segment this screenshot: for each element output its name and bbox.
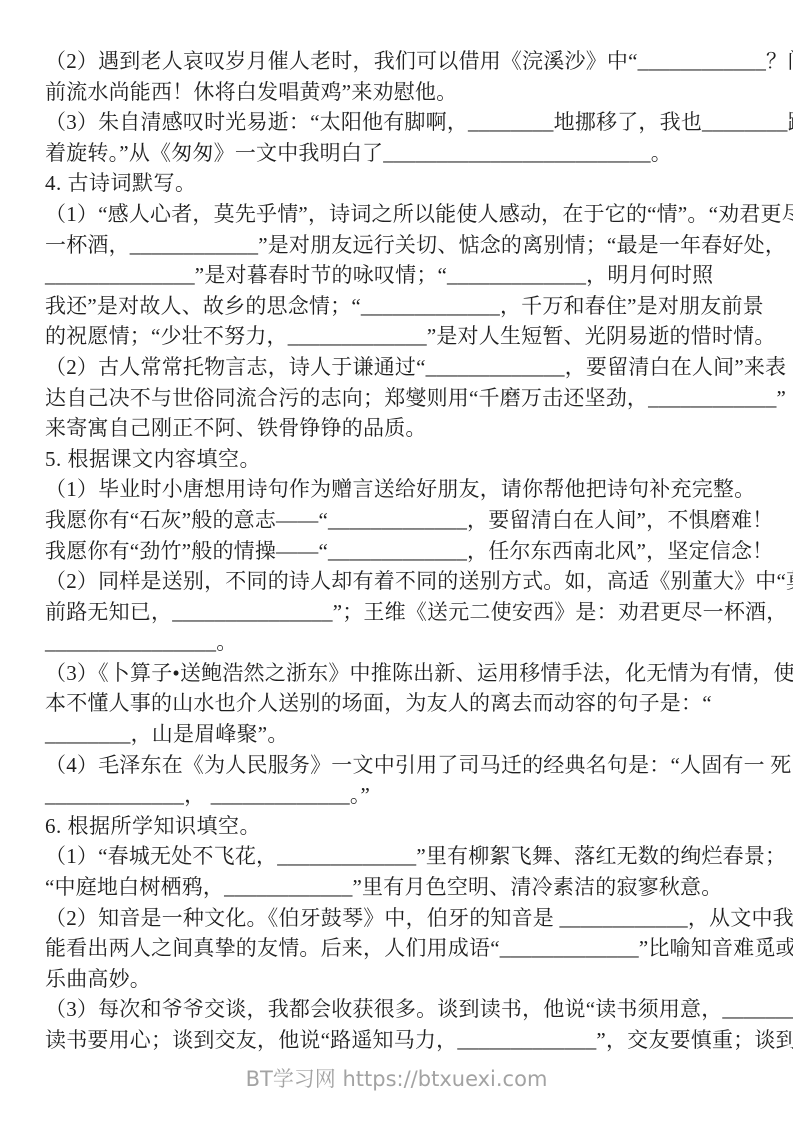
text-line: 来寄寓自己刚正不阿、铁骨铮铮的品质。 (45, 413, 759, 444)
question-5-heading: 5. 根据课文内容填空。 (45, 444, 759, 475)
question-4: 4. 古诗词默写。 （1）“感人心者，莫先乎情”，诗词之所以能使人感动，在于它的… (45, 168, 759, 443)
scanned-worksheet-page: { "colors": { "paper": "#ffffff", "ink":… (0, 0, 793, 1122)
text-line: 能看出两人之间真挚的友情。后来，人们用成语“_____________”比喻知音… (45, 933, 759, 964)
text-line: 读书要用心；谈到交友，他说“路遥知马力，_____________”，交友要慎重… (45, 1025, 759, 1056)
question-4-heading: 4. 古诗词默写。 (45, 168, 759, 199)
text-line: （2）古人常常托物言志，诗人于谦通过“_____________，要留清白在人间… (45, 352, 759, 383)
footer-site-text: BT学习网 https://btxuexi.com (246, 1067, 548, 1091)
text-line: （4）毛泽东在《为人民服务》一文中引用了司马迁的经典名句是：“人固有一 死， (45, 750, 759, 781)
text-line: 乐曲高妙。 (45, 964, 759, 995)
text-line: （2）同样是送别，不同的诗人却有着不同的送别方式。如，高适《别董大》中“莫愁 (45, 566, 759, 597)
question-6-heading: 6. 根据所学知识填空。 (45, 811, 759, 842)
question-3-continuation: （2）遇到老人哀叹岁月催人老时，我们可以借用《浣溪沙》中“___________… (45, 46, 759, 168)
text-line: “中庭地白树栖鸦，____________”里有月色空明、清冷素洁的寂寥秋意。 (45, 872, 759, 903)
question-6: 6. 根据所学知识填空。 （1）“春城无处不飞花，_____________”里… (45, 811, 759, 1056)
text-line: （3）《卜算子•送鲍浩然之浙东》中推陈出新、运用移情手法，化无情为有情，使原 (45, 658, 759, 689)
text-line: 一杯酒，____________”是对朋友远行关切、惦念的离别情；“最是一年春好… (45, 230, 759, 261)
text-line: 的祝愿情；“少壮不努力，_____________”是对人生短暂、光阴易逝的惜时… (45, 321, 759, 352)
worksheet-body: （2）遇到老人哀叹岁月催人老时，我们可以借用《浣溪沙》中“___________… (45, 46, 759, 1056)
text-line: 我还”是对故人、故乡的思念情；“_____________，千万和春住”是对朋友… (45, 291, 759, 322)
text-line: 前流水尚能西！休将白发唱黄鸡”来劝慰他。 (45, 77, 759, 108)
question-5: 5. 根据课文内容填空。 （1）毕业时小唐想用诗句作为赠言送给好朋友，请你帮他把… (45, 444, 759, 811)
text-line: （2）遇到老人哀叹岁月催人老时，我们可以借用《浣溪沙》中“___________… (45, 46, 759, 77)
text-line: _____________， _____________。” (45, 780, 759, 811)
text-line: 我愿你有“劲竹”般的情操——“_____________，任尔东西南北风”，坚定… (45, 536, 759, 567)
text-line: 我愿你有“石灰”般的意志——“_____________，要留清白在人间”，不惧… (45, 505, 759, 536)
text-line: （3）每次和爷爷交谈，我都会收获很多。谈到读书，他说“读书须用意，_______… (45, 994, 759, 1025)
text-line: ________________。 (45, 627, 759, 658)
text-line: （1）“感人心者，莫先乎情”，诗词之所以能使人感动，在于它的“情”。“劝君更尽 (45, 199, 759, 230)
text-line: （2）知音是一种文化。《伯牙鼓琴》中，伯牙的知音是 ____________，从… (45, 903, 759, 934)
text-line: （1）“春城无处不飞花，_____________”里有柳絮飞舞、落红无数的绚烂… (45, 841, 759, 872)
text-line: ________，山是眉峰聚”。 (45, 719, 759, 750)
text-line: ______________”是对暮春时节的咏叹情；“_____________… (45, 260, 759, 291)
text-line: 本不懂人事的山水也介人送别的场面，为友人的离去而动容的句子是：“ (45, 688, 759, 719)
text-line: 达自己决不与世俗同流合污的志向；郑燮则用“千磨万击还坚劲，___________… (45, 383, 759, 414)
footer-watermark: BT学习网 https://btxuexi.com (0, 1063, 793, 1093)
text-line: 着旋转。”从《匆匆》一文中我明白了_______________________… (45, 138, 759, 169)
text-line: （1）毕业时小唐想用诗句作为赠言送给好朋友，请你帮他把诗句补充完整。 (45, 474, 759, 505)
text-line: （3）朱自清感叹时光易逝：“太阳他有脚啊，________地挪移了，我也____… (45, 107, 759, 138)
text-line: 前路无知已，_______________”；王维《送元二使安西》是：劝君更尽一… (45, 597, 759, 628)
